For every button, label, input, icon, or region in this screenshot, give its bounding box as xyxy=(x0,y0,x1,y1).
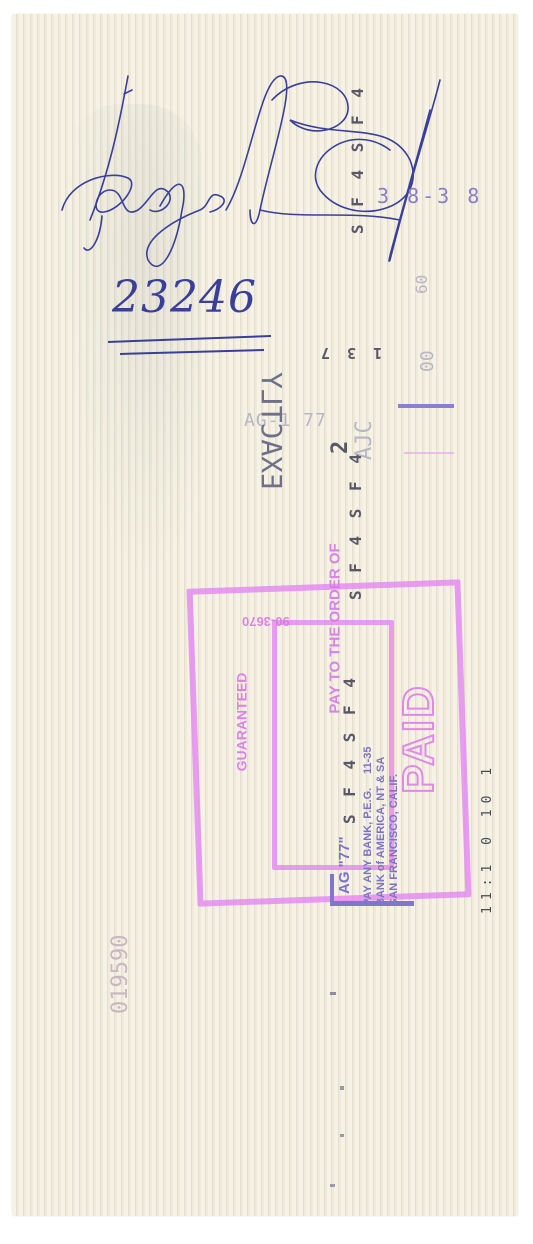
bank-stamp-code: 11-35 xyxy=(362,746,374,774)
scan-mark xyxy=(330,1184,335,1187)
faint-code-60: 60 xyxy=(412,275,431,294)
micr-dotted-code: 11:1 0 10 1 xyxy=(480,762,495,914)
exactly-stamp: EXACTLY xyxy=(255,372,288,490)
endorsement-code-sf4-middle: S F 4 S F 4 xyxy=(346,450,365,600)
bank-stamp-bracket xyxy=(330,874,334,904)
signature xyxy=(50,60,470,280)
scan-mark xyxy=(340,1134,344,1137)
pink-stamp-code: 90-3670 xyxy=(242,614,290,629)
endorsement-code-sf4-top: S F 4 S F 4 xyxy=(348,84,367,234)
endorsement-date-code: 3 8-3 8 xyxy=(377,184,482,208)
bank-stamp-line1: PAY ANY BANK, P.E.G. xyxy=(362,788,374,906)
scan-mark xyxy=(330,992,336,995)
bank-stamp-underline xyxy=(330,901,414,906)
batch-code-137: 1 3 7 xyxy=(317,344,382,362)
bank-stamp-line2: BANK of AMERICA, NT & SA xyxy=(375,757,387,906)
handwritten-account-number: 23246 xyxy=(112,272,257,323)
bottom-serial-number: 019590 xyxy=(108,935,133,1014)
bank-stamp-line3: SAN FRANCISCO, CALIF. xyxy=(388,774,400,906)
bank-stamp-date: AG "77" xyxy=(336,836,353,894)
check-back: 23246 S F 4 S F 4 3 8-3 8 1 3 7 60 00 AG… xyxy=(12,14,518,1216)
scan-mark xyxy=(340,1086,344,1090)
pink-stamp-line4: GUARANTEED xyxy=(233,673,249,772)
number-underline xyxy=(106,332,276,372)
faint-code-00: 00 xyxy=(417,350,438,372)
paid-stamp: PAID xyxy=(394,684,444,794)
endorsement-code-sf4-lower: S F 4 S F 4 xyxy=(340,674,359,824)
pink-dash xyxy=(404,452,454,454)
purple-dash xyxy=(398,404,454,408)
